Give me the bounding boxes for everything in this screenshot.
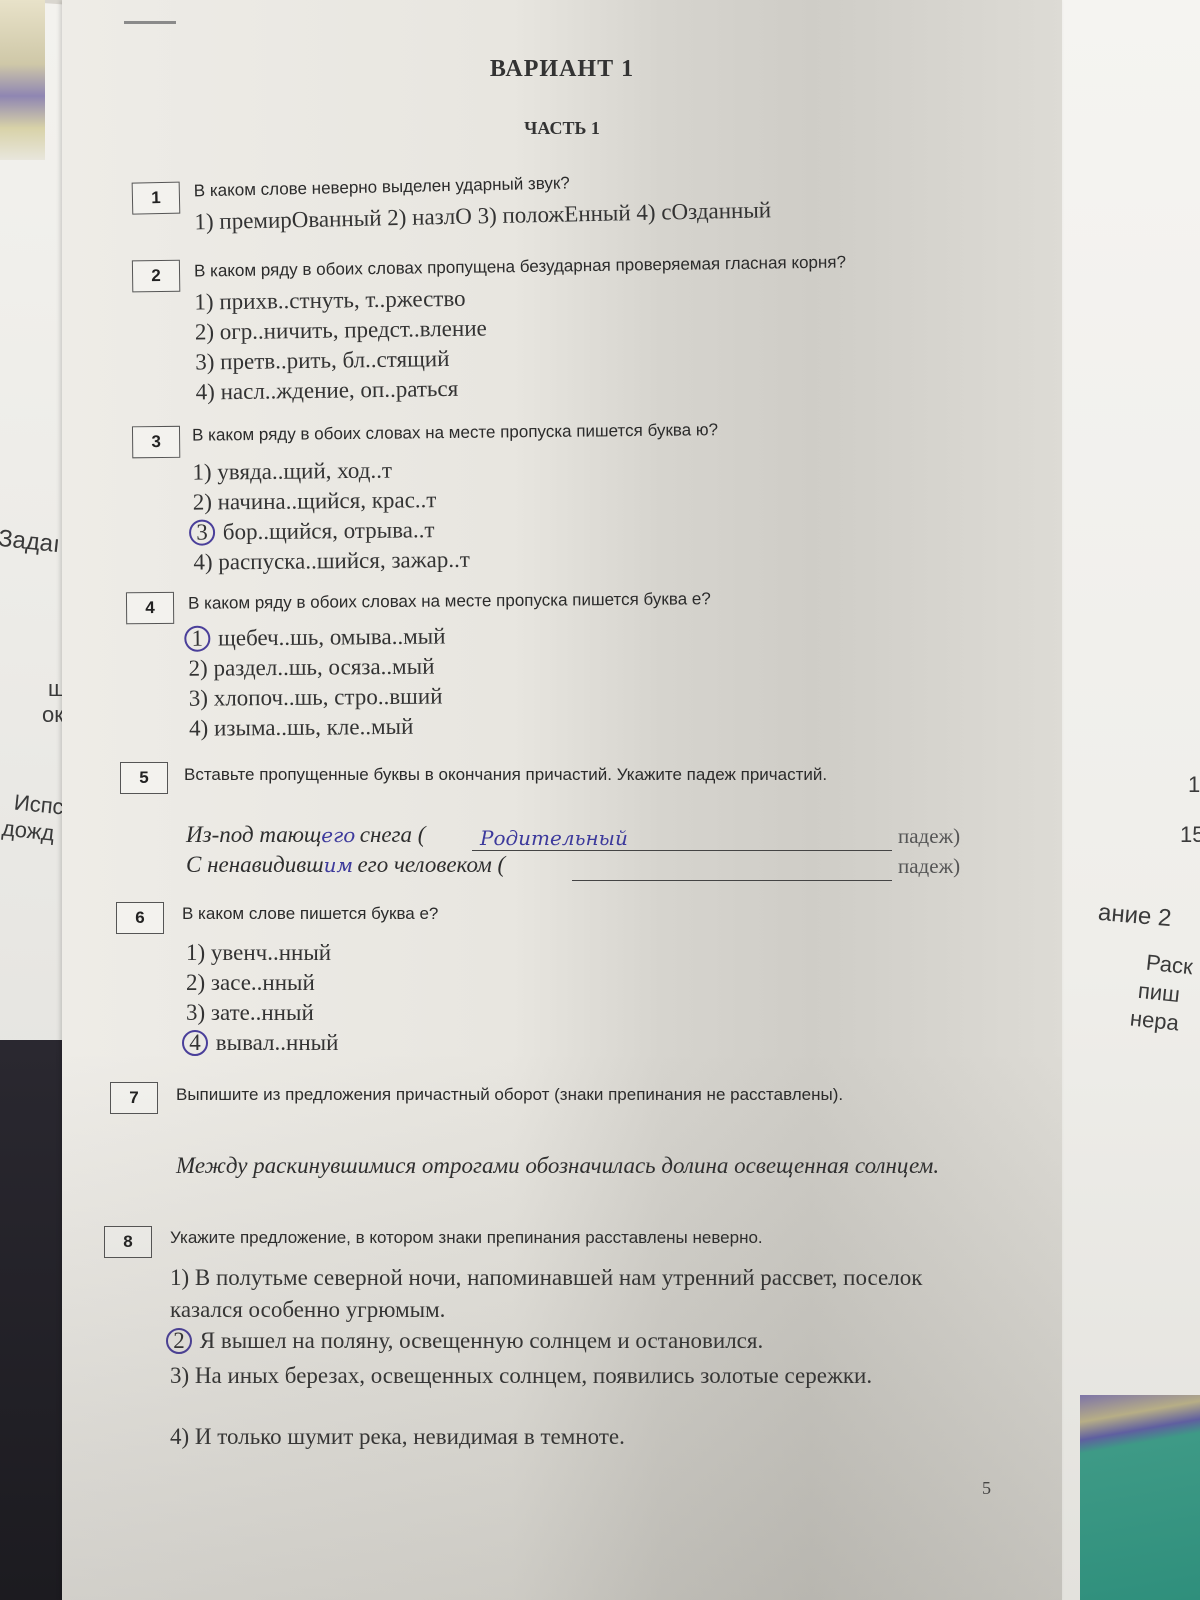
answer-option-3: 3) зате..нный: [186, 1000, 314, 1026]
background-flowers: [0, 0, 45, 160]
left-sheet-fragment: Испс: [13, 789, 65, 820]
answer-option-1: 1) увяда..щий, ход..т: [192, 458, 392, 486]
answer-option-2: 2) раздел..шь, осяза..мый: [188, 654, 434, 682]
pen-circle-mark: 3: [189, 519, 215, 545]
answer-option-4-circled: 4 вывал..нный: [186, 1030, 338, 1056]
task-question: В каком ряду в обоих словах пропущена бе…: [194, 252, 846, 281]
task-question: В каком ряду в обоих словах на месте про…: [192, 420, 718, 446]
background-right-sheet: [1060, 0, 1200, 1600]
task-options-inline: 1) премирОванный 2) назлО 3) положЕнный …: [194, 197, 771, 235]
right-sheet-fragment: Раск: [1145, 950, 1194, 981]
test-page: ВАРИАНТ 1 ЧАСТЬ 1 1 В каком слове неверн…: [62, 0, 1062, 1600]
task-4: 4 В каком ряду в обоих словах на месте п…: [57, 0, 1057, 1]
answer-option-3-circled: 3 бор..щийся, отрыва..т: [193, 517, 435, 546]
case-label: падеж): [898, 824, 960, 849]
task-number-box: 2: [132, 260, 180, 293]
right-sheet-fragment: 15: [1180, 822, 1200, 848]
answer-option-3: 3) На иных березах, освещенных солнцем, …: [170, 1360, 1000, 1392]
task-question: Выпишите из предложения причастный оборо…: [176, 1080, 996, 1110]
task-question: Вставьте пропущенные буквы в окончания п…: [184, 760, 984, 790]
pen-circle-mark: 2: [166, 1328, 192, 1354]
answer-option-2: 2) начина..щийся, крас..т: [193, 487, 437, 516]
answer-blank-2[interactable]: [572, 856, 892, 881]
task-question: В каком ряду в обоих словах на месте про…: [188, 589, 711, 614]
task-sentence: Между раскинувшимися отрогами обозначила…: [176, 1150, 1006, 1182]
task-1: 1 В каком слове неверно выделен ударный …: [58, 0, 1058, 2]
phrase-line-2: С ненавидившим его человеком (: [186, 852, 505, 878]
answer-option-2: 2) огр..ничить, предст..вление: [195, 315, 487, 345]
right-sheet-fragment: 1: [1188, 772, 1200, 798]
right-sheet-fragment: нера: [1129, 1006, 1180, 1037]
top-rule: [124, 21, 176, 24]
task-number-box: 7: [110, 1082, 158, 1114]
task-number-box: 3: [132, 426, 180, 459]
phrase-line-1: Из-под тающего снега (: [186, 822, 425, 848]
answer-option-1-circled: 1 щебеч..шь, омыва..мый: [188, 624, 445, 652]
task-question: В каком слове пишется буква е?: [182, 904, 438, 924]
task-number-box: 4: [126, 592, 174, 624]
answer-option-2-circled: 2 Я вышел на поляну, освещенную солнцем …: [170, 1328, 763, 1354]
left-sheet-fragment: Задаı: [0, 525, 61, 559]
answer-option-1: 1) прихв..стнуть, т..ржество: [194, 286, 465, 316]
answer-option-1: 1) увенч..нный: [186, 940, 331, 966]
task-2: 2 В каком ряду в обоих словах пропущена …: [58, 0, 1058, 1]
answer-option-4: 4) И только шумит река, невидимая в темн…: [170, 1424, 625, 1450]
answer-option-4: 4) распуска..шийся, зажар..т: [193, 547, 470, 576]
task-number-box: 6: [116, 902, 164, 934]
part-title: ЧАСТЬ 1: [62, 118, 1062, 139]
answer-blank-1[interactable]: Родительный: [472, 826, 892, 851]
background-fabric: [1080, 1395, 1200, 1600]
page-number: 5: [982, 1478, 991, 1499]
handwritten-ending: его: [321, 823, 355, 847]
left-sheet-fragment: дожд: [1, 815, 56, 846]
answer-option-1: 1) В полутьме северной ночи, напоминавше…: [170, 1262, 1000, 1326]
answer-option-3: 3) претв..рить, бл..стящий: [195, 346, 450, 376]
right-sheet-fragment: пиш: [1137, 978, 1181, 1008]
pen-circle-mark: 1: [184, 626, 210, 652]
task-3: 3 В каком ряду в обоих словах на месте п…: [58, 0, 1058, 1]
task-number-box: 8: [104, 1226, 152, 1258]
task-question: Укажите предложение, в котором знаки пре…: [170, 1228, 763, 1248]
variant-title: ВАРИАНТ 1: [62, 56, 1062, 83]
answer-option-2: 2) засе..нный: [186, 970, 315, 996]
handwritten-answer: Родительный: [480, 826, 628, 850]
answer-option-3: 3) хлопоч..шь, стро..вший: [189, 684, 443, 712]
pen-circle-mark: 4: [182, 1030, 208, 1056]
task-question: В каком слове неверно выделен ударный зв…: [194, 173, 570, 201]
handwritten-ending: им: [324, 853, 353, 877]
task-number-box: 1: [132, 182, 181, 215]
left-sheet-fragment: ок: [42, 702, 64, 728]
answer-option-4: 4) изыма..шь, кле..мый: [189, 714, 413, 742]
case-label: падеж): [898, 854, 960, 879]
answer-option-4: 4) насл..ждение, оп..раться: [196, 376, 459, 406]
task-number-box: 5: [120, 762, 168, 794]
